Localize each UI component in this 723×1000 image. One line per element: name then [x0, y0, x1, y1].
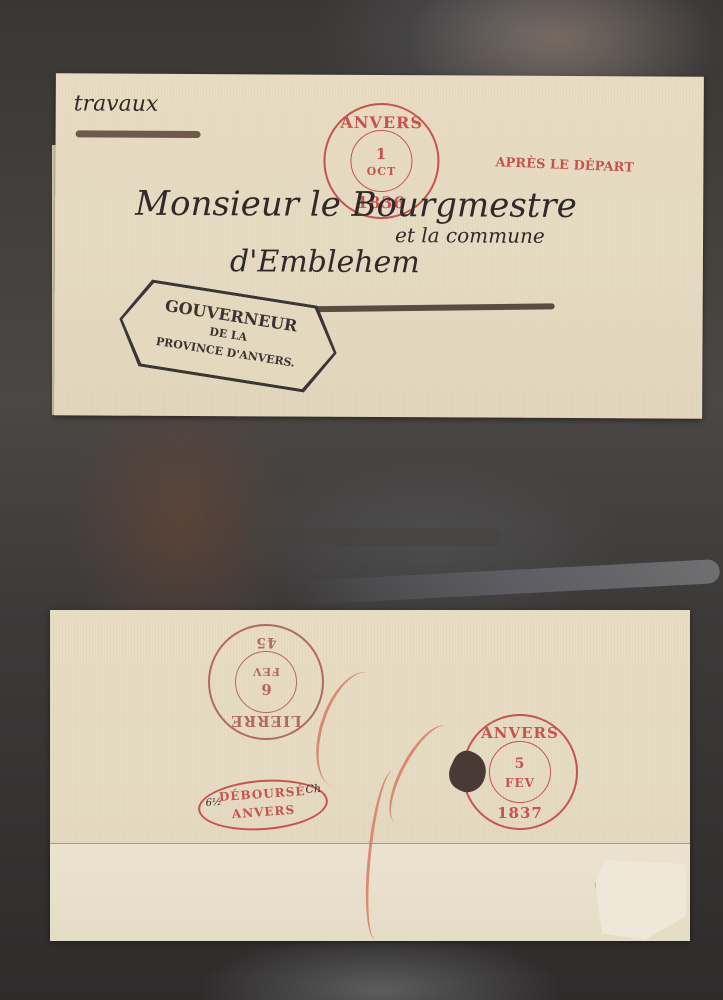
docket-note: travaux: [74, 91, 159, 116]
apres-le-depart-stamp: APRÈS LE DÉPART: [495, 155, 634, 176]
letter-bottom: LIERRE 6 FEV 45 ANVERS 5 FEV 1837: [50, 610, 690, 940]
address-line-1: Monsieur le Bourgmestre: [135, 184, 577, 226]
sleeve-reflection: [300, 559, 721, 605]
cds-stamp-lierre: LIERRE 6 FEV 45: [208, 624, 324, 740]
docket-underline: [76, 130, 201, 138]
address-line-2: et la commune: [395, 223, 545, 248]
oval-annotation-right: Ch: [305, 782, 321, 796]
oval-annotation-left: 6½: [205, 797, 222, 809]
address-line-3: d'Emblehem: [230, 244, 420, 280]
sleeve-reflection: [250, 528, 500, 546]
